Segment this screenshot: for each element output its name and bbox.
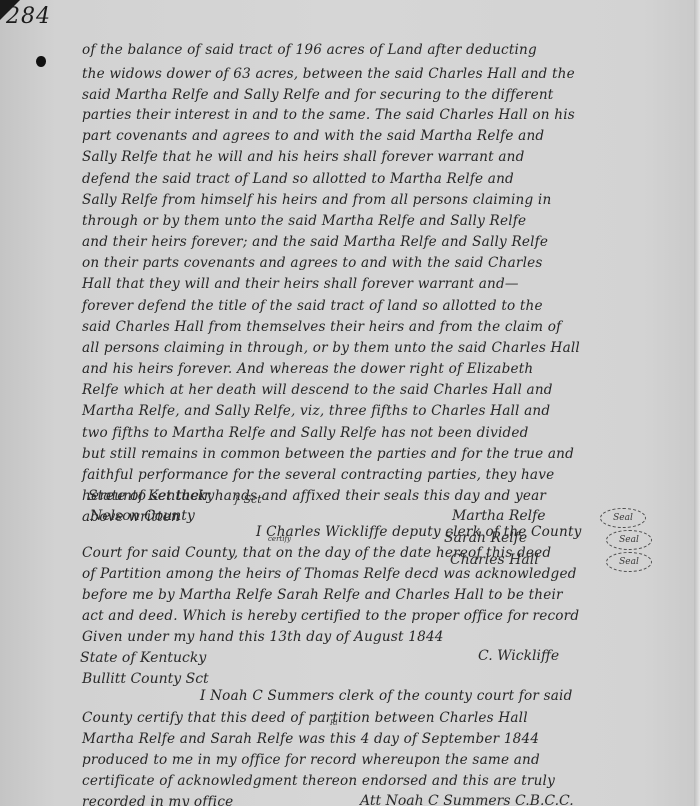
clerk-signature-summers: Att Noah C Summers C.B.C.C. [360, 793, 574, 806]
interlineation: certify [268, 535, 291, 543]
ink-blot [36, 56, 46, 67]
clerk-signature-wickliffe: C. Wickliffe [478, 648, 559, 664]
body-line: said Charles Hall from themselves their … [82, 321, 682, 335]
body-line: Sally Relfe from himself his heirs and f… [82, 194, 682, 208]
signature-martha-relfe: Martha Relfe [452, 508, 546, 524]
body-line: parties their interest in and to the sam… [82, 109, 682, 123]
venue-county-2: Bullitt County Sct [82, 671, 209, 687]
body-line: of the balance of said tract of 196 acre… [82, 44, 682, 58]
certificate-line: Court for said County, that on the day o… [82, 547, 682, 561]
venue-state-2: State of Kentucky [80, 650, 206, 666]
certificate-line: Martha Relfe and Sarah Relfe was this 4 … [82, 733, 682, 747]
body-line: faithful performance for the several con… [82, 469, 682, 483]
certificate-line: certificate of acknowledgment thereon en… [82, 775, 682, 789]
body-line: said Martha Relfe and Sally Relfe and fo… [82, 89, 682, 103]
seal: Seal [600, 508, 646, 528]
interlineation: Rl [330, 719, 338, 727]
certificate-line: of Partition among the heirs of Thomas R… [82, 568, 682, 582]
body-line: part covenants and agrees to and with th… [82, 130, 682, 144]
certificate-line: I Noah C Summers clerk of the county cou… [200, 690, 690, 704]
body-line: but still remains in common between the … [82, 448, 682, 462]
certificate-line: produced to me in my office for record w… [82, 754, 682, 768]
body-line: all persons claiming in through, or by t… [82, 342, 682, 356]
body-line: defend the said tract of Land so allotte… [82, 173, 682, 187]
certificate-line: Given under my hand this 13th day of Aug… [82, 631, 682, 645]
venue-brace: } Sct [233, 494, 262, 505]
body-line: through or by them unto the said Martha … [82, 215, 682, 229]
deed-record-page: 284 of the balance of said tract of 196 … [0, 0, 700, 806]
page-number: 284 [6, 4, 51, 29]
certificate-line: County certify that this deed of partiti… [82, 712, 682, 726]
certificate-line: recorded in my office [82, 796, 302, 806]
venue-county: Nelson County [90, 508, 195, 524]
page-edge [694, 0, 700, 806]
certificate-line: act and deed. Which is hereby certified … [82, 610, 682, 624]
venue-state: State of Kentucky [88, 488, 214, 504]
body-line: Martha Relfe, and Sally Relfe, viz, thre… [82, 405, 682, 419]
body-line: and his heirs forever. And whereas the d… [82, 363, 682, 377]
body-line: two fifths to Martha Relfe and Sally Rel… [82, 427, 682, 441]
body-line: the widows dower of 63 acres, between th… [82, 68, 682, 82]
body-line: Hall that they will and their heirs shal… [82, 278, 682, 292]
body-line: Relfe which at her death will descend to… [82, 384, 682, 398]
body-line: Sally Relfe that he will and his heirs s… [82, 151, 682, 165]
body-line: forever defend the title of the said tra… [82, 300, 682, 314]
body-line: and their heirs forever; and the said Ma… [82, 236, 682, 250]
certificate-line: I Charles Wickliffe deputy clerk of the … [256, 526, 686, 540]
body-line: on their parts covenants and agrees to a… [82, 257, 682, 271]
certificate-line: before me by Martha Relfe Sarah Relfe an… [82, 589, 682, 603]
